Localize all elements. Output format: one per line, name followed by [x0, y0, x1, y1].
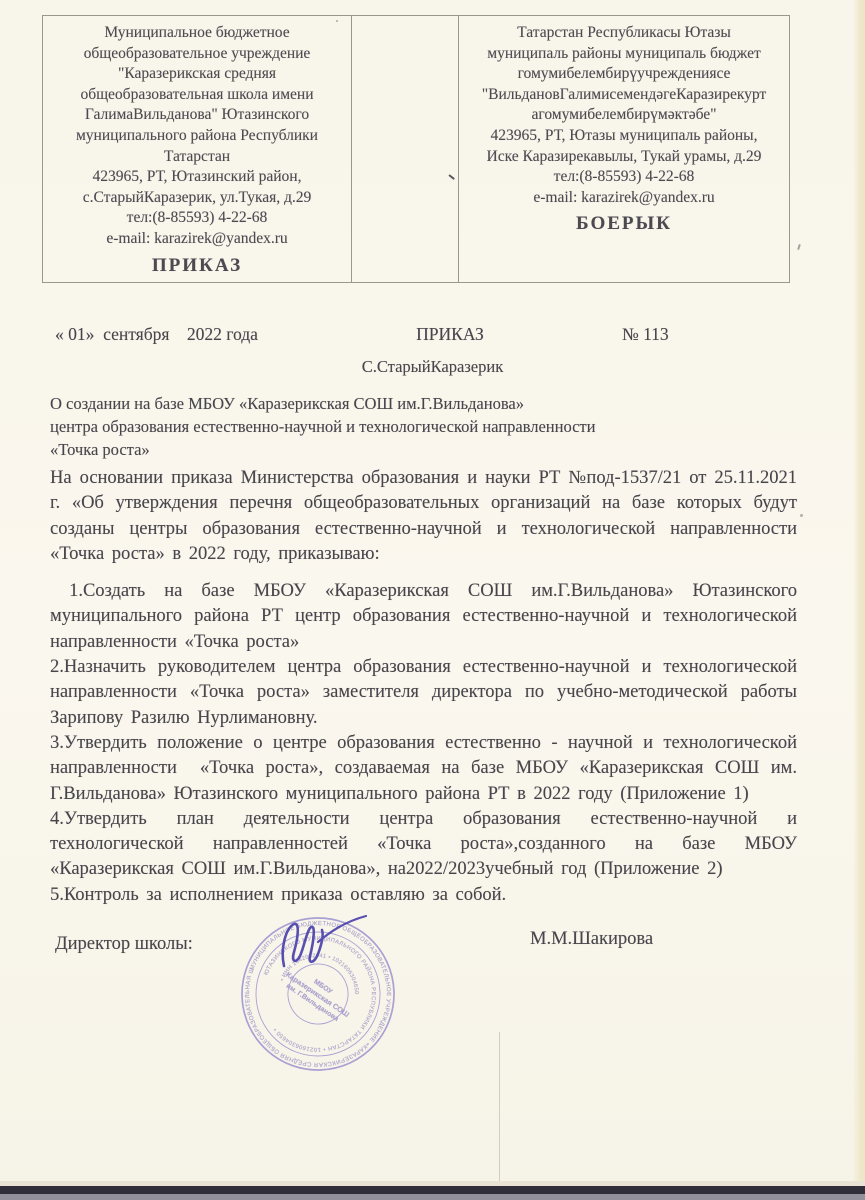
header-right-box: Татарстан Республикасы Ютазы муниципаль … — [458, 15, 790, 283]
scan-speck — [800, 514, 803, 517]
signature-scribble — [283, 924, 323, 966]
signature-role: Директор школы: — [55, 934, 193, 955]
org-name-tatar: Татарстан Республикасы Ютазы муниципаль … — [463, 23, 785, 208]
scan-bottom-bar — [0, 1186, 865, 1194]
scan-speck — [336, 20, 338, 22]
order-number: № 113 — [622, 324, 669, 345]
order-item-4: 4.Утвердить план деятельности центра обр… — [50, 807, 797, 883]
signature-flourish — [318, 916, 366, 942]
order-date: « 01» сентября 2022 года — [55, 324, 258, 345]
order-body: На основании приказа Министерства образо… — [50, 466, 797, 908]
header-left-title: ПРИКАЗ — [49, 255, 345, 277]
ink-mark — [448, 174, 455, 180]
header-right-title: БОЕРЫК — [463, 213, 785, 235]
order-title: ПРИКАЗ — [350, 324, 550, 345]
order-place: С.СтарыйКаразерик — [0, 357, 865, 377]
scan-speck — [797, 244, 801, 250]
org-name-russian: Муниципальное бюджетное общеобразователь… — [49, 23, 345, 250]
intro-paragraph: На основании приказа Министерства образо… — [50, 466, 797, 567]
header-middle-cell — [352, 15, 458, 283]
order-item-5: 5.Контроль за исполнением приказа оставл… — [50, 883, 797, 908]
scan-fold-line — [499, 1032, 500, 1184]
signature-name: М.М.Шакирова — [530, 929, 653, 950]
order-item-1: 1.Создать на базе МБОУ «Каразерикская СО… — [50, 579, 797, 655]
header-table: Муниципальное бюджетное общеобразователь… — [42, 15, 790, 283]
scan-bottom-edge — [0, 1194, 865, 1200]
scan-edge-strip — [853, 0, 865, 1200]
order-item-2: 2.Назначить руководителем центра образов… — [50, 655, 797, 731]
header-left-box: Муниципальное бюджетное общеобразователь… — [42, 15, 352, 283]
order-subject: О создании на базе МБОУ «Каразерикская С… — [50, 392, 690, 461]
order-item-3: 3.Утвердить положение о центре образован… — [50, 731, 797, 807]
scanned-document-page: Муниципальное бюджетное общеобразователь… — [0, 0, 865, 1200]
director-signature — [268, 912, 380, 976]
